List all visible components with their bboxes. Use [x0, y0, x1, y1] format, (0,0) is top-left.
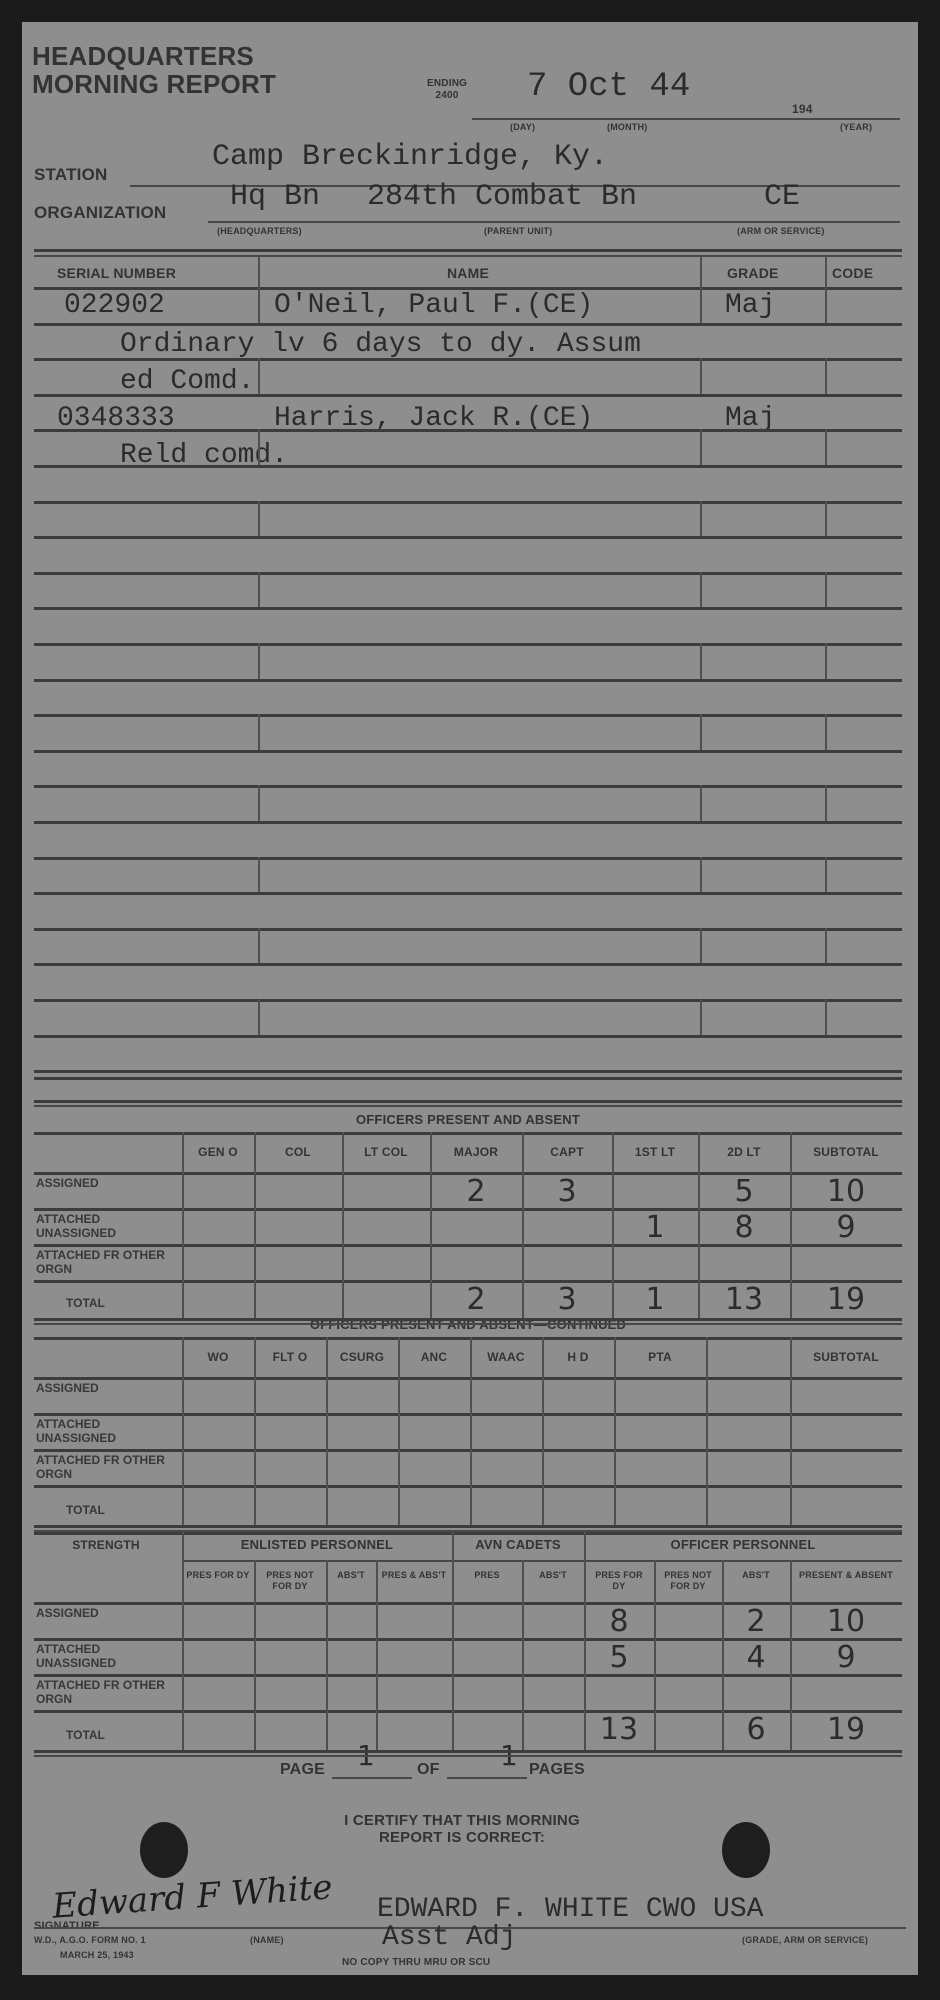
grid-divider	[258, 785, 260, 821]
officers-cell: 5	[698, 1174, 790, 1209]
strength-col-header: PRES NOT FOR DY	[254, 1570, 326, 1592]
grid-divider	[825, 255, 827, 287]
officers-cell: 1	[612, 1282, 698, 1317]
grid-rule	[34, 999, 902, 1002]
officers-cell: 3	[522, 1174, 612, 1209]
year-caption: (YEAR)	[840, 122, 872, 132]
grid-rule	[34, 1377, 902, 1380]
continued-row-label: TOTAL	[36, 1503, 196, 1517]
officers-row-label: ATTACHED UNASSIGNED	[36, 1212, 166, 1240]
entries-top-border-inner	[34, 255, 902, 257]
title-line-1: HEADQUARTERS	[32, 42, 276, 70]
grid-divider	[258, 255, 260, 287]
page-label: PAGE	[280, 1761, 325, 1779]
officers-col-header: 1ST LT	[612, 1145, 698, 1159]
page-total-underline	[447, 1777, 527, 1779]
col-code: CODE	[832, 265, 873, 281]
officers-top-border-inner	[34, 1105, 902, 1107]
officers-col-header: COL	[254, 1145, 342, 1159]
strength-col-header: PRES & ABS'T	[376, 1570, 452, 1581]
grid-rule	[182, 1560, 902, 1562]
grid-divider	[254, 1337, 256, 1525]
grid-rule	[34, 892, 902, 895]
officers-cell: 9	[790, 1210, 902, 1245]
grid-divider	[825, 999, 827, 1035]
grid-divider	[470, 1337, 472, 1525]
strength-col-header: PRES FOR DY	[584, 1570, 654, 1592]
grid-rule	[34, 1323, 902, 1325]
strength-group-header: OFFICER PERSONNEL	[584, 1537, 902, 1552]
grid-divider	[182, 1337, 184, 1525]
caption-parent-unit: (PARENT UNIT)	[484, 226, 552, 236]
station-value: Camp Breckinridge, Ky.	[212, 140, 608, 174]
officers-cell: 10	[790, 1174, 902, 1209]
grid-divider	[342, 1132, 344, 1318]
entry-name: O'Neil, Paul F.(CE)	[274, 290, 593, 321]
grid-divider	[258, 572, 260, 607]
grid-rule	[34, 679, 902, 682]
grid-divider	[825, 501, 827, 536]
grid-divider	[700, 785, 702, 821]
strength-cell: 2	[722, 1604, 790, 1639]
grid-rule	[34, 714, 902, 717]
ending-time: 2400	[427, 90, 467, 102]
caption-headquarters: (HEADQUARTERS)	[217, 226, 302, 236]
officers-cell: 2	[430, 1282, 522, 1317]
officers-col-header: CAPT	[522, 1145, 612, 1159]
grid-rule	[34, 607, 902, 610]
grid-divider	[700, 429, 702, 465]
strength-col-header: PRES NOT FOR DY	[654, 1570, 722, 1592]
form-title: HEADQUARTERS MORNING REPORT	[32, 42, 276, 98]
strength-col-header: PRES	[452, 1570, 522, 1581]
grid-divider	[825, 857, 827, 892]
station-label: STATION	[34, 165, 107, 185]
caption-name: (NAME)	[250, 1935, 284, 1945]
grid-divider	[825, 785, 827, 821]
grid-divider	[258, 358, 260, 394]
grid-rule	[34, 963, 902, 966]
entry-remark: ed Comd.	[120, 366, 254, 397]
grid-divider	[326, 1337, 328, 1525]
grid-rule	[34, 1750, 902, 1753]
officers-cell: 13	[698, 1282, 790, 1317]
continued-row-label: ATTACHED FR OTHER ORGN	[36, 1453, 166, 1481]
strength-group-header: AVN CADETS	[452, 1537, 584, 1552]
grid-divider	[452, 1532, 454, 1750]
grid-rule	[34, 928, 902, 931]
grid-divider	[258, 714, 260, 750]
grid-rule	[34, 1318, 902, 1321]
strength-col-header: ABS'T	[722, 1570, 790, 1581]
grid-divider	[258, 501, 260, 536]
entry-remark: Ordinary lv 6 days to dy. Assum	[120, 329, 641, 360]
col-grade: GRADE	[727, 265, 779, 281]
grid-divider	[825, 714, 827, 750]
grid-rule	[34, 429, 902, 432]
strength-col-header: ABS'T	[522, 1570, 584, 1581]
signature: Edward F White	[51, 1867, 334, 1926]
entries-top-border	[34, 249, 902, 252]
grid-rule	[34, 323, 902, 326]
strength-col-header: PRES FOR DY	[182, 1570, 254, 1581]
grid-rule	[34, 465, 902, 468]
grid-rule	[34, 501, 902, 504]
grid-divider	[825, 358, 827, 394]
ending-text: ENDING	[427, 78, 467, 90]
strength-col-header: PRESENT & ABSENT	[790, 1570, 902, 1581]
grid-divider	[700, 572, 702, 607]
officers-cell: 19	[790, 1282, 902, 1317]
grid-divider	[700, 643, 702, 679]
officers-col-header: LT COL	[342, 1145, 430, 1159]
certify-line-1: I CERTIFY THAT THIS MORNING	[272, 1812, 652, 1829]
grid-rule	[34, 1413, 902, 1416]
grid-divider	[258, 429, 260, 465]
officers-col-header: SUBTOTAL	[790, 1145, 902, 1159]
continued-col-header: WAAC	[470, 1350, 542, 1364]
strength-row-label: ATTACHED UNASSIGNED	[36, 1642, 166, 1670]
strength-cell: 10	[790, 1604, 902, 1639]
officers-cell: 3	[522, 1282, 612, 1317]
strength-row-label: ASSIGNED	[36, 1606, 166, 1620]
grid-divider	[825, 287, 827, 323]
strength-label: STRENGTH	[36, 1538, 176, 1552]
strength-cell: 8	[584, 1604, 654, 1639]
year-underline	[830, 118, 900, 120]
grid-divider	[825, 928, 827, 963]
grid-divider	[254, 1132, 256, 1318]
strength-col-header: ABS'T	[326, 1570, 376, 1581]
grid-divider	[326, 1560, 328, 1750]
grid-divider	[700, 358, 702, 394]
grid-divider	[700, 928, 702, 963]
officers-row-label: ASSIGNED	[36, 1176, 166, 1190]
continued-col-header: PTA	[614, 1350, 706, 1364]
grid-divider	[825, 429, 827, 465]
grid-divider	[700, 714, 702, 750]
grid-rule	[34, 358, 902, 361]
org-arm-service: CE	[764, 180, 800, 214]
grid-rule	[34, 536, 902, 539]
grid-divider	[542, 1337, 544, 1525]
grid-divider	[258, 287, 260, 323]
grid-rule	[34, 643, 902, 646]
grid-rule	[34, 287, 902, 290]
caption-arm-service: (ARM OR SERVICE)	[737, 226, 825, 236]
grid-rule	[34, 1532, 902, 1535]
officers-col-header: 2D LT	[698, 1145, 790, 1159]
grid-divider	[700, 999, 702, 1035]
date-underline	[472, 118, 830, 120]
grid-divider	[258, 999, 260, 1035]
grid-rule	[34, 1525, 902, 1528]
continued-col-header: H D	[542, 1350, 614, 1364]
day-caption: (DAY)	[510, 122, 535, 132]
morning-report-form: HEADQUARTERS MORNING REPORT ENDING 2400 …	[22, 22, 918, 1975]
grid-divider	[182, 1132, 184, 1318]
col-name: NAME	[447, 265, 489, 281]
continued-col-header: SUBTOTAL	[790, 1350, 902, 1364]
grid-rule	[34, 750, 902, 753]
report-date: 7 Oct 44	[527, 68, 690, 106]
punch-hole-right	[722, 1822, 770, 1878]
punch-hole-left	[140, 1822, 188, 1878]
entry-serial: 022902	[64, 290, 165, 321]
col-serial-number: SERIAL NUMBER	[57, 265, 176, 281]
grid-rule	[34, 572, 902, 575]
continued-row-label: ATTACHED UNASSIGNED	[36, 1417, 166, 1445]
of-label: OF	[417, 1761, 440, 1779]
grid-rule	[34, 1755, 902, 1757]
grid-rule	[34, 1077, 902, 1080]
grid-divider	[258, 928, 260, 963]
strength-cell: 19	[790, 1712, 902, 1747]
organization-label: ORGANIZATION	[34, 203, 166, 223]
officers-cell: 8	[698, 1210, 790, 1245]
grid-divider	[706, 1337, 708, 1525]
strength-cell: 6	[722, 1712, 790, 1747]
grid-divider	[614, 1337, 616, 1525]
form-number: W.D., A.G.O. FORM NO. 1	[34, 1935, 146, 1945]
caption-grade: (GRADE, ARM OR SERVICE)	[742, 1935, 868, 1945]
certification-statement: I CERTIFY THAT THIS MORNING REPORT IS CO…	[272, 1812, 652, 1846]
continued-col-header: WO	[182, 1350, 254, 1364]
org-parent-unit: 284th Combat Bn	[367, 180, 637, 214]
month-caption: (MONTH)	[607, 122, 647, 132]
officers-row-label: ATTACHED FR OTHER ORGN	[36, 1248, 166, 1276]
grid-divider	[700, 501, 702, 536]
certify-line-2: REPORT IS CORRECT:	[272, 1829, 652, 1846]
ending-label: ENDING 2400	[427, 78, 467, 102]
title-line-2: MORNING REPORT	[32, 70, 276, 98]
grid-divider	[522, 1560, 524, 1750]
form-date: MARCH 25, 1943	[60, 1950, 134, 1960]
signer-title: Asst Adj	[382, 1922, 516, 1953]
page-number-underline	[332, 1777, 412, 1779]
grid-rule	[34, 1449, 902, 1452]
officers-cell: 1	[612, 1210, 698, 1245]
grid-divider	[825, 572, 827, 607]
grid-divider	[700, 255, 702, 287]
signer-name: EDWARD F. WHITE CWO USA	[377, 1894, 763, 1925]
strength-row-label: ATTACHED FR OTHER ORGN	[36, 1678, 166, 1706]
strength-row-label: TOTAL	[36, 1728, 196, 1742]
officers-row-label: TOTAL	[36, 1296, 196, 1310]
year-prefix: 194	[792, 102, 813, 116]
pages-label: PAGES	[529, 1761, 585, 1779]
grid-rule	[34, 857, 902, 860]
grid-divider	[182, 1532, 184, 1750]
officers-cell: 2	[430, 1174, 522, 1209]
strength-cell: 9	[790, 1640, 902, 1675]
grid-divider	[700, 857, 702, 892]
officers-table-title: OFFICERS PRESENT AND ABSENT	[34, 1112, 902, 1127]
grid-divider	[258, 643, 260, 679]
officers-col-header: GEN O	[182, 1145, 254, 1159]
strength-group-header: ENLISTED PERSONNEL	[182, 1537, 452, 1552]
org-headquarters: Hq Bn	[230, 180, 320, 214]
officers-col-header: MAJOR	[430, 1145, 522, 1159]
grid-divider	[398, 1337, 400, 1525]
grid-rule	[34, 1337, 902, 1340]
grid-divider	[825, 643, 827, 679]
organization-underline	[208, 221, 900, 223]
strength-cell: 4	[722, 1640, 790, 1675]
copy-note: NO COPY THRU MRU OR SCU	[342, 1957, 490, 1968]
continued-row-label: ASSIGNED	[36, 1381, 166, 1395]
continued-col-header: CSURG	[326, 1350, 398, 1364]
grid-rule	[34, 1035, 902, 1038]
grid-divider	[376, 1560, 378, 1750]
grid-rule	[34, 785, 902, 788]
continued-col-header: FLT O	[254, 1350, 326, 1364]
entry-grade: Maj	[725, 290, 775, 321]
grid-rule	[34, 394, 902, 397]
grid-rule	[34, 1070, 902, 1073]
strength-cell: 5	[584, 1640, 654, 1675]
officers-top-border	[34, 1100, 902, 1103]
grid-divider	[258, 857, 260, 892]
grid-divider	[700, 287, 702, 323]
grid-rule	[34, 1132, 902, 1135]
grid-rule	[34, 1485, 902, 1488]
grid-divider	[790, 1337, 792, 1525]
continued-col-header: ANC	[398, 1350, 470, 1364]
strength-cell: 13	[584, 1712, 654, 1747]
grid-rule	[34, 821, 902, 824]
